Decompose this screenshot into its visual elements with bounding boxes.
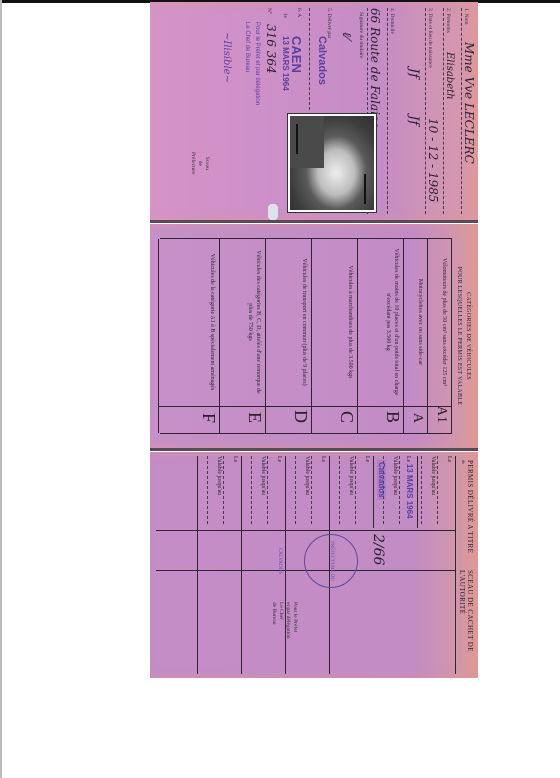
entry-valid-6: Valable jusqu'au [207, 456, 222, 524]
firstname-value: Elisabeth [444, 52, 455, 100]
fold-line [150, 220, 478, 223]
holder-signature: ℓ⁄ [339, 32, 354, 39]
validity-panel: PERMIS DÉLIVRÉ A TITRE SCEAU DE CACHET D… [150, 452, 478, 678]
validity-title: PERMIS DÉLIVRÉ A TITRE [466, 460, 474, 553]
prefect-line-2: Le Chef de Bureau [244, 22, 250, 72]
official-signature: 2/66 [370, 534, 386, 565]
staple-clip [268, 204, 278, 220]
field-firstname: 2. Prénoms Elisabeth [443, 8, 458, 214]
place-label: 6. A [296, 8, 302, 17]
address-value: 66 Route de Falaise [368, 8, 382, 128]
entry-le-4: Le [311, 456, 326, 524]
birth-value: 10 - 12 - 1985 [426, 118, 440, 202]
place-stamp: CAEN [289, 36, 304, 73]
delivered-label: 5. Délivré par [326, 8, 332, 38]
entry-le-3: Le [355, 456, 370, 524]
category-row-d: D Véhicules de transport en commun (plus… [265, 239, 312, 433]
entry-valid-1: Valable jusqu'au [421, 456, 436, 524]
entry-valid-5: Valable jusqu'au [251, 456, 266, 524]
number-value: 316 364 [264, 24, 278, 74]
entry-valid-3: Valable jusqu'au [339, 456, 354, 524]
prefecture-seal: PRÉFECTURE DU CALVADOS [304, 534, 358, 588]
calvados-stamp: Calvados [377, 460, 386, 500]
date-label: le [282, 14, 288, 18]
prefect-line-1: Pour le Préfet et par délégation [254, 22, 260, 105]
name-value: Mme Vve LECLERC [462, 42, 476, 164]
seal-note: Sceau de Préfecture [189, 152, 210, 175]
category-row-f: F Véhicules de la catégorie A1 à B spéci… [158, 239, 220, 433]
field-birth: 3. Date et lieu de naissance 10 - 12 - 1… [425, 8, 440, 214]
categories-table: A1 Vélomoteurs de plus de 50 cm³ sans ex… [160, 238, 452, 434]
entry-valid-4: Valable jusqu'au [295, 456, 310, 524]
number-label: N° [266, 8, 272, 14]
categories-panel: CATÉGORIES DE VÉHICULES POUR LESQUELLES … [150, 224, 478, 448]
category-row-c: C Véhicules à marchandises de plus de 3.… [311, 239, 358, 433]
fold-line [150, 448, 478, 451]
holder-photo [288, 114, 376, 212]
entry-le-5: Le [267, 456, 282, 524]
field-sig-lines: Jf Jf [406, 8, 420, 214]
field-address: 4. Domicile [387, 8, 402, 214]
delivered-stamp: Calvados [316, 36, 328, 85]
entry-le-1: Le [437, 456, 452, 524]
validity-title-right: SCEAU DE CACHET DE L'AUTORITÉ [458, 570, 474, 678]
prefect-signature: ~Ilisible~ [221, 32, 232, 83]
entry-le-2: Le 13 MARS 1964 [399, 456, 414, 524]
date-stamp: 13 MARS 1964 [281, 36, 290, 91]
category-row-a1: A1 Vélomoteurs de plus de 50 cm³ sans ex… [427, 239, 452, 433]
category-row-e: E Véhicules des catégories B, C, D, atte… [219, 239, 266, 433]
identity-panel: 1. Nom Mme Vve LECLERC 2. Prénoms Elisab… [150, 2, 478, 220]
footer-note: Pour le Préfet et par délégation Le Chef… [270, 602, 298, 639]
signature-label: Signature du titulaire [358, 12, 364, 58]
category-row-a: A Motocyclettes avec ou sans side-car [403, 239, 428, 433]
entry-le-6: Le [223, 456, 238, 524]
field-name: 1. Nom Mme Vve LECLERC [461, 8, 476, 214]
categories-title: CATÉGORIES DE VÉHICULES POUR LESQUELLES … [454, 224, 472, 448]
scan-left-border [0, 0, 2, 778]
category-row-b: B Véhicules de moins de 10 places et d'u… [357, 239, 404, 433]
